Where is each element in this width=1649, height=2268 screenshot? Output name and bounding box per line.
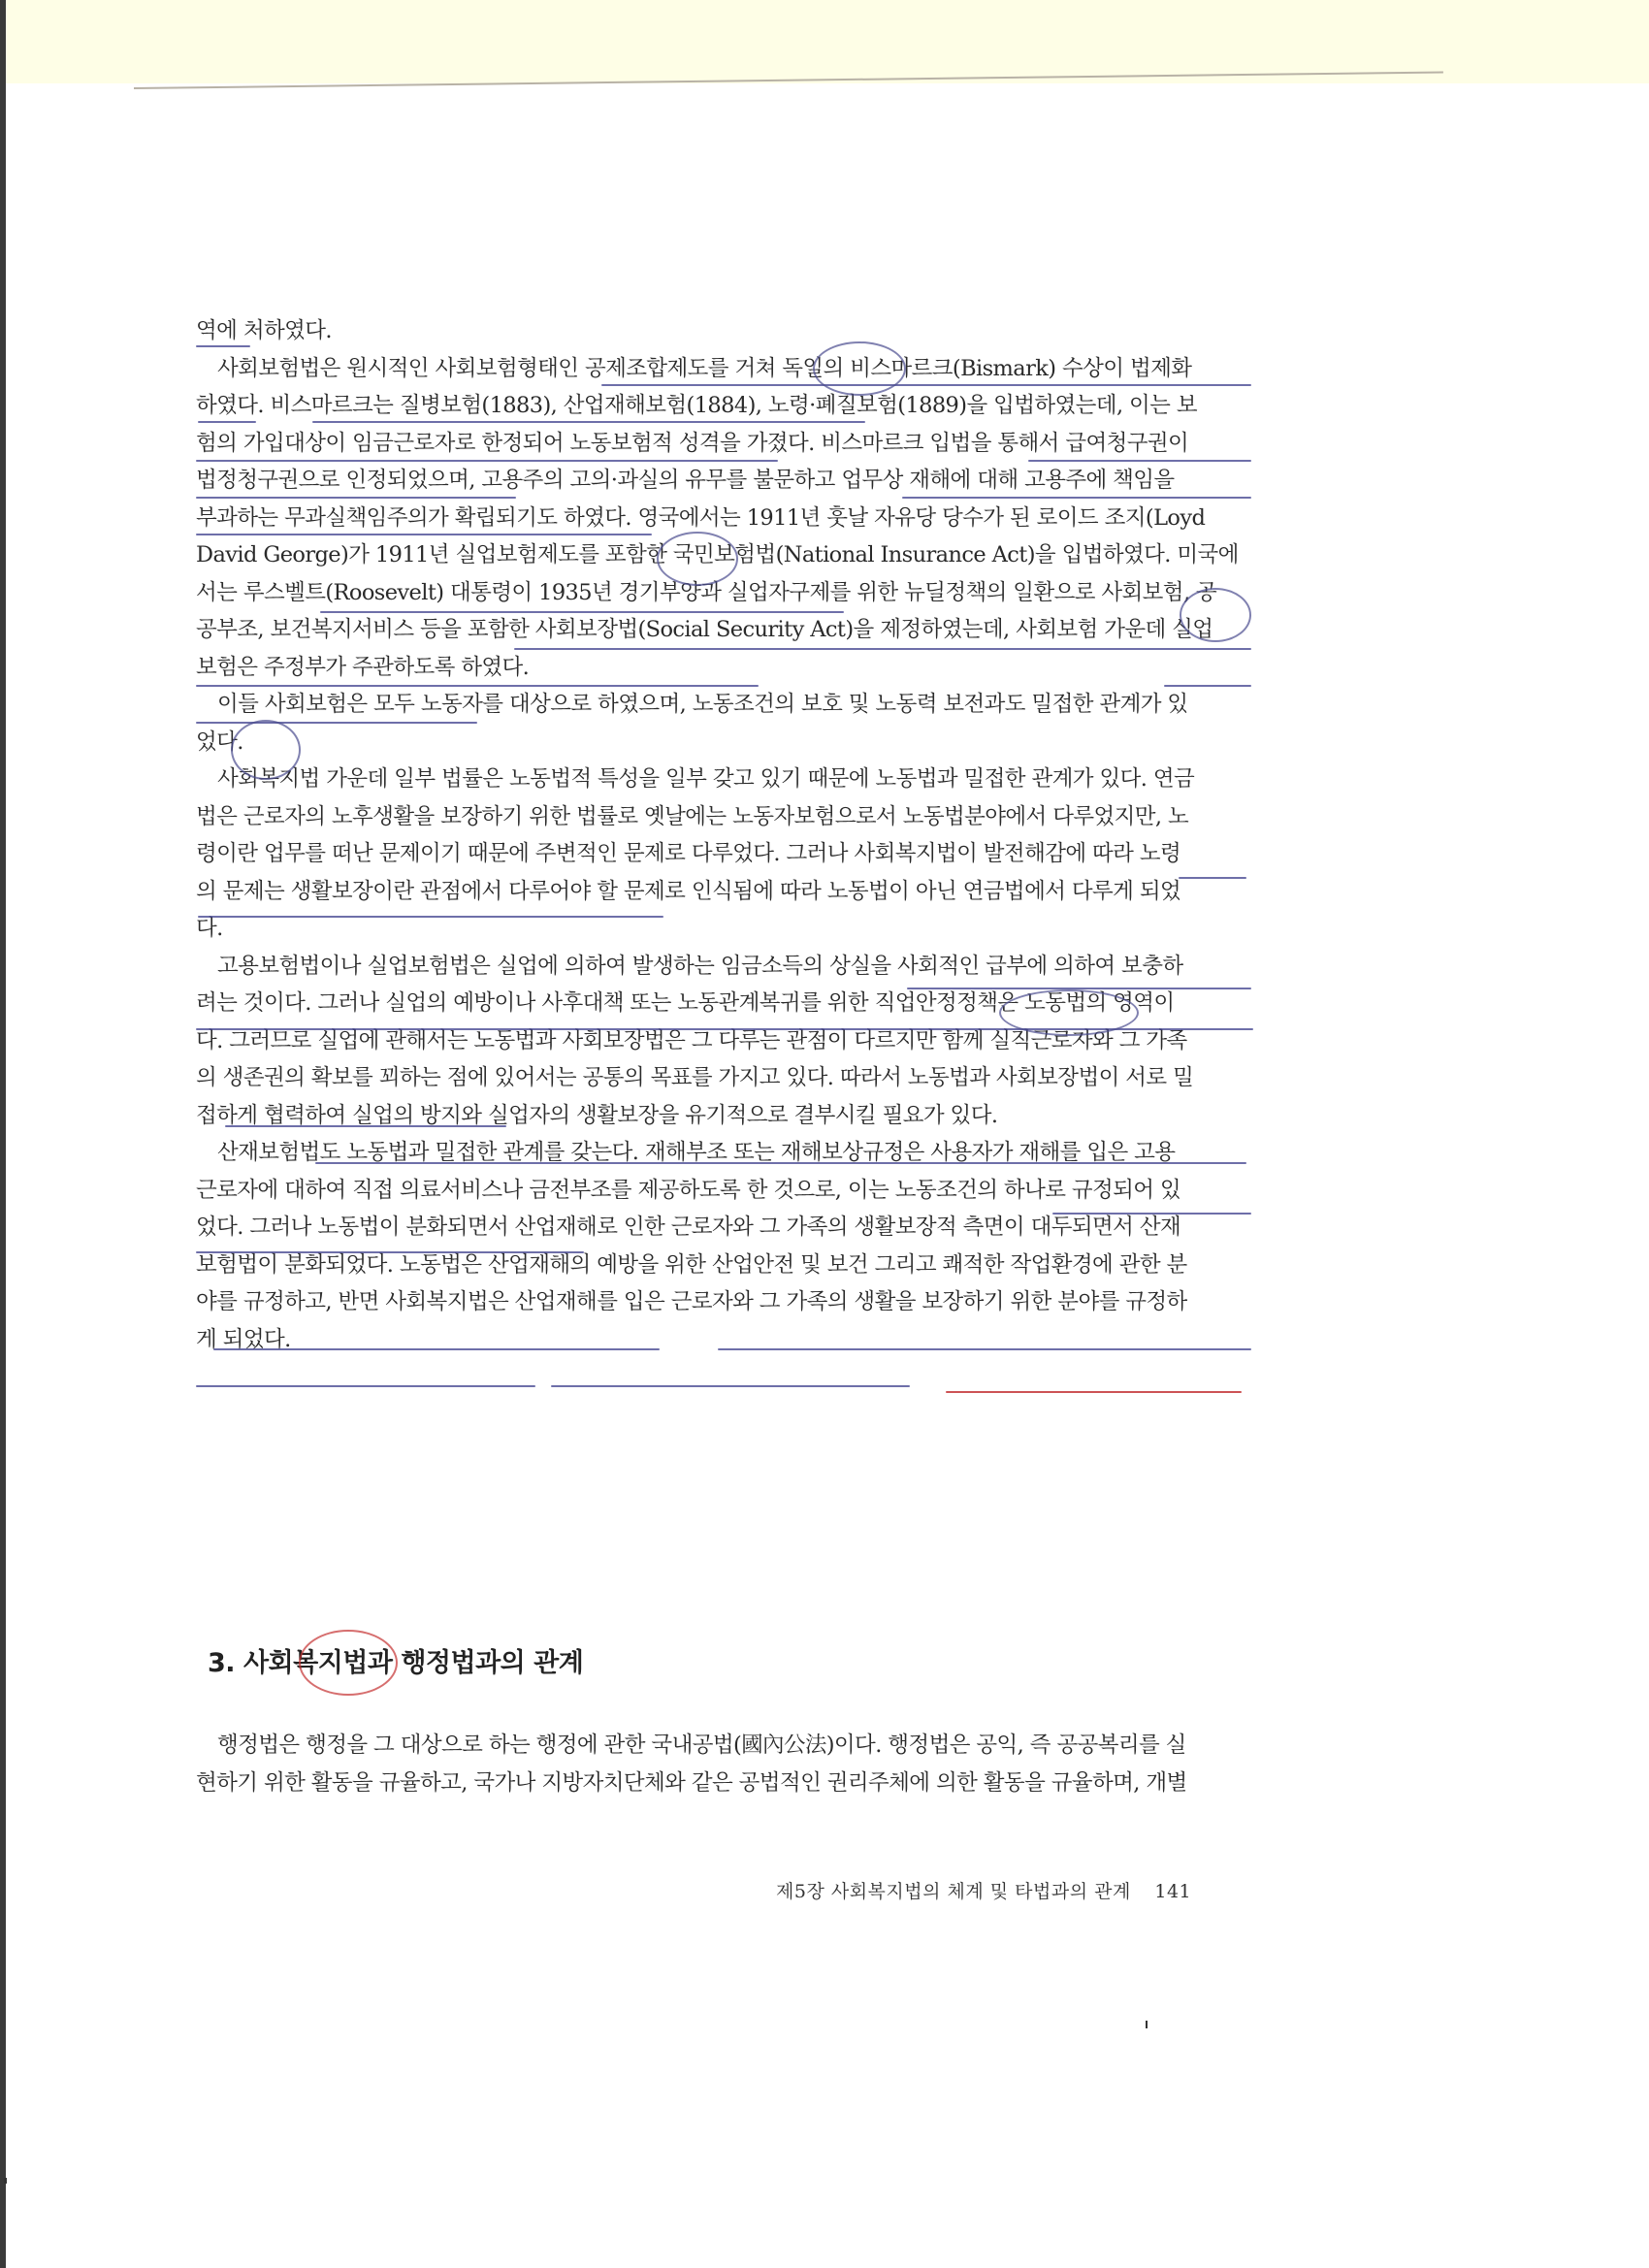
text-line: 부과하는 무과실책임주의가 확립되기도 하였다. 영국에서는 1911년 훗날 …: [196, 500, 1253, 537]
text-line: 공부조, 보건복지서비스 등을 포함한 사회보장법(Social Securit…: [196, 611, 1253, 649]
text-line: 다.: [196, 910, 1253, 948]
page-number: 141: [1154, 1881, 1191, 1902]
text-line: 다. 그러므로 실업에 관해서는 노동법과 사회보장법은 그 다루는 관점이 다…: [196, 1022, 1253, 1060]
text-line: 려는 것이다. 그러나 실업의 예방이나 사후대책 또는 노동관계복귀를 위한 …: [196, 985, 1253, 1022]
text-line: 보험은 주정부가 주관하도록 하였다.: [196, 649, 1253, 687]
scan-left-edge: [0, 0, 6, 2268]
scan-speck: [1146, 2021, 1148, 2028]
text-line: 야를 규정하고, 반면 사회복지법은 산업재해를 입은 근로자와 그 가족의 생…: [196, 1283, 1253, 1321]
text-line: 법은 근로자의 노후생활을 보장하기 위한 법률로 옛날에는 노동자보험으로서 …: [196, 798, 1253, 836]
text-line: 하였다. 비스마르크는 질병보험(1883), 산업재해보험(1884), 노령…: [196, 387, 1253, 425]
text-line: 법정청구권으로 인정되었으며, 고용주의 고의·과실의 유무를 불문하고 업무상…: [196, 462, 1253, 500]
text-line: 근로자에 대하여 직접 의료서비스나 금전부조를 제공하도록 한 것으로, 이는…: [196, 1172, 1253, 1210]
section-heading: 3. 사회복지법과 행정법과의 관계: [208, 1641, 583, 1679]
text-line: 험의 가입대상이 임금근로자로 한정되어 노동보험적 성격을 가졌다. 비스마르…: [196, 425, 1253, 463]
running-title: 제5장 사회복지법의 체계 및 타법과의 관계: [776, 1881, 1131, 1902]
text-line: 사회보험법은 원시적인 사회보험형태인 공제조합제도를 거쳐 독일의 비스마르크…: [196, 350, 1253, 388]
text-line: 게 되었다.: [196, 1321, 1253, 1359]
text-line: 었다.: [196, 724, 1253, 761]
underline-mark: [551, 1385, 910, 1387]
text-line: 었다. 그러나 노동법이 분화되면서 산업재해로 인한 근로자와 그 가족의 생…: [196, 1209, 1253, 1247]
text-line: 서는 루스벨트(Roosevelt) 대통령이 1935년 경기부양과 실업자구…: [196, 574, 1253, 612]
page-footer: 제5장 사회복지법의 체계 및 타법과의 관계 141: [776, 1877, 1191, 1903]
text-line: 접하게 협력하여 실업의 방지와 실업자의 생활보장을 유기적으로 결부시킬 필…: [196, 1097, 1253, 1135]
text-line: 행정법은 행정을 그 대상으로 하는 행정에 관한 국내공법(國內公法)이다. …: [196, 1727, 1253, 1765]
body-text: 역에 처하였다. 사회보험법은 원시적인 사회보험형태인 공제조합제도를 거쳐 …: [196, 312, 1253, 1358]
text-line: 산재보험법도 노동법과 밀접한 관계를 갖는다. 재해부조 또는 재해보상규정은…: [196, 1134, 1253, 1172]
text-line: 현하기 위한 활동을 규율하고, 국가나 지방자치단체와 같은 공법적인 권리주…: [196, 1765, 1253, 1802]
text-line: 보험법이 분화되었다. 노동법은 산업재해의 예방을 위한 산업안전 및 보건 …: [196, 1247, 1253, 1284]
text-line: 령이란 업무를 떠난 문제이기 때문에 주변적인 문제로 다루었다. 그러나 사…: [196, 835, 1253, 873]
text-line: 의 생존권의 확보를 꾀하는 점에 있어서는 공통의 목표를 가지고 있다. 따…: [196, 1059, 1253, 1097]
text-line: 사회복지법 가운데 일부 법률은 노동법적 특성을 일부 갖고 있기 때문에 노…: [196, 761, 1253, 798]
text-line: 역에 처하였다.: [196, 312, 1253, 350]
text-line: 의 문제는 생활보장이란 관점에서 다루어야 할 문제로 인식됨에 따라 노동법…: [196, 873, 1253, 911]
text-line: David George)가 1911년 실업보험제도를 포함한 국민보험법(N…: [196, 536, 1253, 574]
red-underline-mark: [946, 1391, 1242, 1393]
underline-mark: [196, 1385, 535, 1387]
section-body-text: 행정법은 행정을 그 대상으로 하는 행정에 관한 국내공법(國內公法)이다. …: [196, 1727, 1253, 1801]
text-line: 이들 사회보험은 모두 노동자를 대상으로 하였으며, 노동조건의 보호 및 노…: [196, 686, 1253, 724]
text-line: 고용보험법이나 실업보험법은 실업에 의하여 발생하는 임금소득의 상실을 사회…: [196, 948, 1253, 986]
